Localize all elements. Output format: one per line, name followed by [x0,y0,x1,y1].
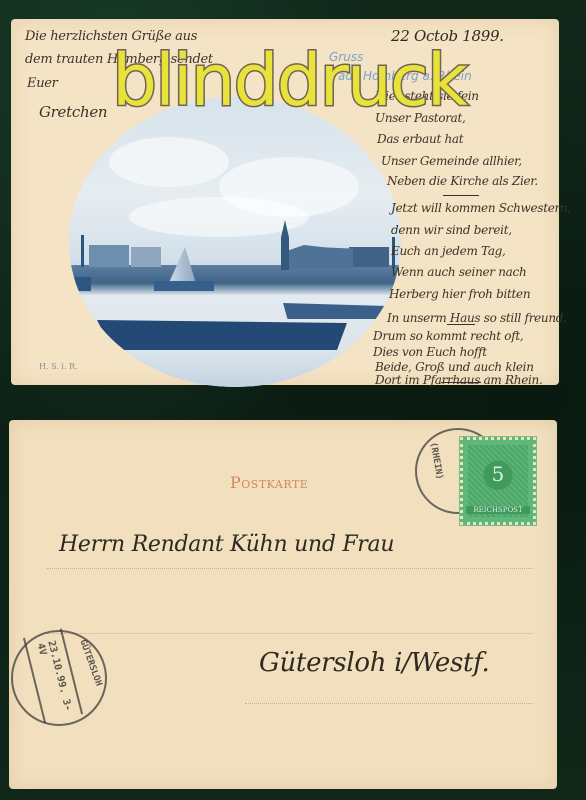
handwritten-verse-line: Dort im Pfarrhaus am Rhein. [375,373,542,387]
postkarte-title: Postkarte [230,473,308,492]
divider-line [443,195,479,196]
handwritten-verse-line: Euch an jedem Tag, [391,244,506,258]
handwritten-verse-line: Unser Gemeinde allhier, [381,154,522,168]
handwritten-verse-line: Drum so kommt recht oft, [373,329,523,343]
address-line [245,703,533,704]
handwritten-verse-line: Beide, Groß und auch klein [375,360,534,374]
handwritten-verse-line: Dies von Euch hofft [373,345,487,359]
trees [349,247,389,267]
postage-stamp: 5 REICHSPOST [460,437,536,525]
handwritten-verse-line: denn wir sind bereit, [391,223,512,237]
harbor-vignette-image [69,97,401,387]
chimney [81,235,84,267]
handwritten-verse-line: Jetzt will kommen Schwestern, [391,201,571,215]
church-building [283,245,353,269]
handwritten-verse-line: Wenn auch seiner nach [391,265,526,279]
handwritten-left-line: Euer [27,76,58,91]
tugboat [154,281,214,291]
address-recipient: Herrn Rendant Kühn und Frau [59,532,394,557]
divider-line [447,324,475,325]
blinddruck-watermark: blinddruck [112,45,466,116]
postcard-back: Postkarte (RHEIN) 5 REICHSPOST Herrn Ren… [9,420,557,789]
address-line [47,568,533,569]
address-city: Gütersloh i/Westf. [259,648,490,678]
small-boat [69,277,91,291]
handwritten-verse-line: Herberg hier froh bitten [389,287,530,301]
handwritten-signature: Gretchen [39,103,107,121]
cloud [129,197,309,237]
handwritten-verse-line: Neben die Kirche als Zier. [387,174,538,188]
shoreline-town [69,265,401,295]
stamp-label: REICHSPOST [466,506,530,514]
stamp-value: 5 [463,462,533,486]
handwritten-verse-line: In unserm Haus so still freund. [387,311,567,325]
cloud [109,137,229,187]
building [131,247,161,267]
barge [97,320,347,350]
handwritten-verse-line: Das erbaut hat [377,132,463,146]
building [89,245,129,267]
divider-line [441,382,481,383]
address-line [47,633,533,634]
publisher-mark: H. S. i. R. [39,362,78,371]
